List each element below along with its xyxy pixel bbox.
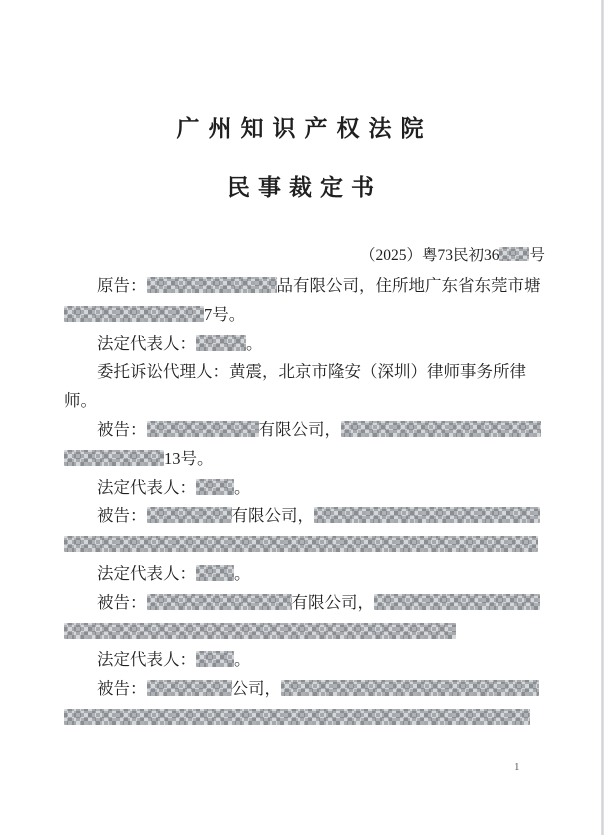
redacted-segment [196,335,246,351]
court-name-title: 广州知识产权法院 [64,110,545,143]
case-number-redaction [499,247,529,261]
text-segment: 法定代表人： [97,334,196,353]
text-segment: 。 [234,650,251,669]
redacted-segment [64,536,538,552]
text-segment: 法定代表人： [97,564,196,583]
paragraph: 被告：有限公司， [64,502,545,560]
redacted-segment [196,479,234,495]
text-segment: 品有限公司，住所地广东省东莞市塘 [277,276,541,295]
redacted-segment [341,421,541,437]
paragraph: 法定代表人：。 [64,560,545,589]
text-segment: 有限公司， [259,420,342,439]
redacted-segment [64,709,530,725]
paragraph: 法定代表人：。 [64,474,545,503]
paragraph: 被告：有限公司， [64,589,545,647]
page-number: 1 [514,761,520,773]
page-right-edge [601,0,604,835]
redacted-segment [314,507,540,523]
text-segment: 有限公司， [232,506,315,525]
paragraph: 委托诉讼代理人：黄震，北京市隆安（深圳）律师事务所律师。 [64,358,545,416]
text-segment: 公司， [232,679,282,698]
redacted-segment [147,277,277,293]
text-segment: 。 [234,478,251,497]
redacted-segment [374,594,540,610]
redacted-segment [196,651,234,667]
body-text: 原告：品有限公司，住所地广东省东莞市塘7号。法定代表人：。委托诉讼代理人：黄震，… [64,272,545,733]
redacted-segment [196,565,234,581]
redacted-segment [64,306,204,322]
redacted-segment [281,680,539,696]
paragraph: 被告：公司， [64,675,545,733]
text-segment: 法定代表人： [97,478,196,497]
case-number-suffix: 号 [529,247,545,264]
paragraph: 法定代表人：。 [64,646,545,675]
paragraph: 被告：有限公司，13号。 [64,416,545,474]
text-segment: 原告： [97,276,147,295]
text-segment: 7号。 [204,305,245,324]
text-segment: 被告： [97,593,147,612]
redacted-segment [147,594,292,610]
text-segment: 被告： [97,679,147,698]
text-segment: 被告： [97,506,147,525]
case-number-prefix: （2025）粤73民初36 [360,247,500,264]
document-page: 广州知识产权法院 民事裁定书 （2025）粤73民初36号 原告：品有限公司，住… [0,0,607,835]
redacted-segment [64,450,164,466]
case-number: （2025）粤73民初36号 [64,243,547,265]
text-segment: 法定代表人： [97,650,196,669]
paragraph: 原告：品有限公司，住所地广东省东莞市塘7号。 [64,272,545,330]
text-segment: 13号。 [164,449,214,468]
text-segment: 。 [234,564,251,583]
redacted-segment [147,680,232,696]
redacted-segment [147,507,232,523]
text-segment: 被告： [97,420,147,439]
redacted-segment [64,623,456,639]
text-segment: 委托诉讼代理人：黄震，北京市隆安（深圳）律师事务所律师。 [64,362,526,410]
paragraph: 法定代表人：。 [64,330,545,359]
text-segment: 有限公司， [292,593,375,612]
text-segment: 。 [246,334,263,353]
redacted-segment [147,421,259,437]
document-type-title: 民事裁定书 [64,169,545,202]
